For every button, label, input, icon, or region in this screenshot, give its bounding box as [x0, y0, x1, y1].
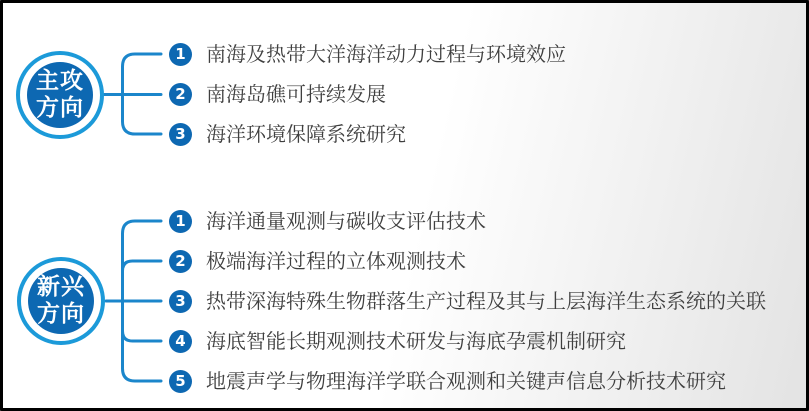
list-item: 1 海洋通量观测与碳收支评估技术: [169, 206, 486, 236]
item-number-badge: 2: [169, 83, 192, 106]
bracket-emerging-spine: [123, 221, 162, 381]
item-text: 地震声学与物理海洋学联合观测和关键声信息分析技术研究: [206, 368, 726, 394]
node-main-direction-label: 主攻 方向: [27, 62, 93, 128]
list-item: 3 热带深海特殊生物群落生产过程及其与上层海洋生态系统的关联: [169, 286, 766, 316]
node-label-line: 主攻: [36, 68, 84, 95]
diagram-canvas: 主攻 方向 1 南海及热带大洋海洋动力过程与环境效应 2 南海岛礁可持续发展 3…: [0, 0, 809, 411]
list-item: 5 地震声学与物理海洋学联合观测和关键声信息分析技术研究: [169, 366, 726, 396]
item-number-badge: 1: [169, 210, 192, 233]
node-emerging-direction: 新兴 方向: [17, 257, 105, 345]
item-number-badge: 4: [169, 330, 192, 353]
item-text: 海洋环境保障系统研究: [206, 121, 406, 147]
item-text: 南海岛礁可持续发展: [206, 81, 386, 107]
item-number-badge: 3: [169, 290, 192, 313]
item-text: 极端海洋过程的立体观测技术: [206, 248, 466, 274]
item-number-badge: 1: [169, 43, 192, 66]
bracket-main-spine: [123, 54, 162, 134]
list-item: 2 南海岛礁可持续发展: [169, 79, 386, 109]
node-emerging-direction-label: 新兴 方向: [28, 268, 94, 334]
item-number-badge: 2: [169, 250, 192, 273]
node-label-line: 新兴: [37, 274, 85, 301]
node-label-line: 方向: [37, 301, 85, 328]
list-item: 1 南海及热带大洋海洋动力过程与环境效应: [169, 39, 566, 69]
node-label-line: 方向: [36, 95, 84, 122]
list-item: 4 海底智能长期观测技术研发与海底孕震机制研究: [169, 326, 626, 356]
item-text: 海底智能长期观测技术研发与海底孕震机制研究: [206, 328, 626, 354]
list-item: 2 极端海洋过程的立体观测技术: [169, 246, 466, 276]
bracket-emerging-branch-4: [123, 331, 162, 341]
list-item: 3 海洋环境保障系统研究: [169, 119, 406, 149]
item-number-badge: 5: [169, 370, 192, 393]
item-number-badge: 3: [169, 123, 192, 146]
item-text: 南海及热带大洋海洋动力过程与环境效应: [206, 41, 566, 67]
item-text: 海洋通量观测与碳收支评估技术: [206, 208, 486, 234]
node-main-direction: 主攻 方向: [16, 51, 104, 139]
item-text: 热带深海特殊生物群落生产过程及其与上层海洋生态系统的关联: [206, 288, 766, 314]
bracket-emerging-branch-2: [123, 261, 162, 271]
